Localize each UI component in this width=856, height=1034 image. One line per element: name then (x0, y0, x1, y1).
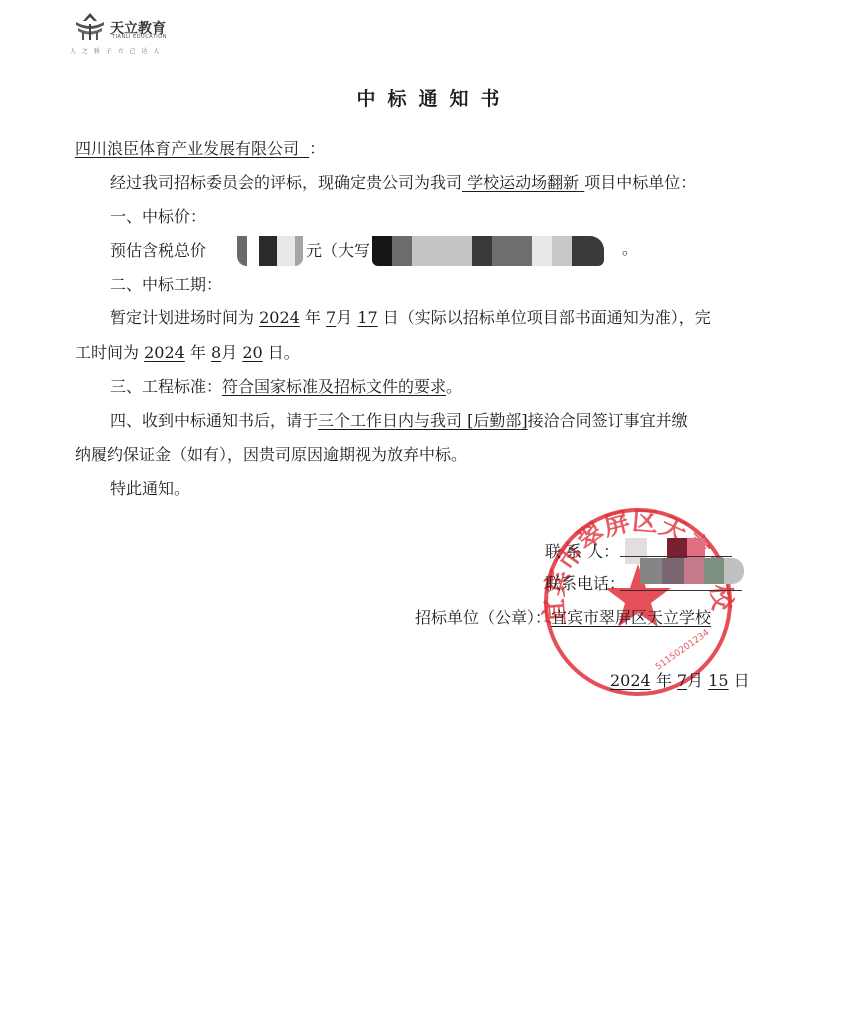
contact-deadline: 三个工作日内与我司 [后勤部] (318, 411, 528, 430)
intro-paragraph: 经过我司招标委员会的评标，现确定贵公司为我司 学校运动场翻新 项目中标单位： (110, 172, 696, 194)
intro-suffix: 项目中标单位： (584, 173, 696, 192)
tianli-logo-icon (72, 12, 108, 40)
price-words-redaction (372, 236, 604, 266)
issuer-label: 招标单位（公章）： (415, 608, 551, 627)
end-year: 2024 (144, 343, 185, 362)
issue-date: 2024 年 7月 15 日 (610, 670, 750, 692)
recipient-line: 四川浪臣体育产业发展有限公司 ： (75, 138, 325, 160)
start-year: 2024 (259, 308, 300, 327)
recipient-name: 四川浪臣体育产业发展有限公司 (75, 139, 299, 158)
end-day: 20 (242, 343, 262, 362)
date-year: 2024 (610, 671, 651, 690)
section3-line: 三、工程标准：符合国家标准及招标文件的要求。 (110, 376, 462, 398)
engineering-standard: 符合国家标准及招标文件的要求 (222, 377, 446, 396)
section1-heading: 一、中标价： (110, 206, 206, 228)
date-month: 7 (677, 671, 687, 690)
contact-person-label: 联 系 人： (545, 541, 619, 563)
contact-person-underline (620, 556, 732, 557)
price-label: 预估含税总价 (110, 240, 206, 262)
svg-text:51150201234: 51150201234 (654, 628, 712, 672)
issuer-name: 宜宾市翠屏区天立学校 (551, 608, 711, 627)
project-name: 学校运动场翻新 (467, 173, 579, 192)
price-redaction (237, 236, 303, 266)
tianli-logo: 天立教育 TIANLI EDUCATION 人 之 骄 子 立 己 达 人 (68, 10, 188, 54)
price-period: 。 (622, 238, 638, 260)
section4-line-1: 四、收到中标通知书后，请于三个工作日内与我司 [后勤部]接洽合同签订事宜并缴 (110, 410, 688, 432)
phone-redaction (640, 558, 744, 584)
date-day: 15 (708, 671, 728, 690)
schedule-line-2: 工时间为 2024 年 8月 20 日。 (75, 342, 300, 364)
recipient-colon: ： (309, 139, 325, 158)
logo-slogan: 人 之 骄 子 立 己 达 人 (70, 46, 161, 55)
intro-prefix: 经过我司招标委员会的评标，现确定贵公司为我司 (110, 173, 462, 192)
section2-heading: 二、中标工期： (110, 274, 222, 296)
start-month: 7 (326, 308, 336, 327)
closing-text: 特此通知。 (110, 478, 190, 500)
section3-heading: 三、工程标准： (110, 377, 222, 396)
price-unit: 元（大写 (306, 240, 370, 262)
phone-underline (620, 590, 742, 591)
section4-line-2: 纳履约保证金（如有），因贵司原因逾期视为放弃中标。 (75, 444, 467, 466)
document-title: 中标通知书 (0, 84, 856, 111)
end-month: 8 (211, 343, 221, 362)
issuer-line: 招标单位（公章）：宜宾市翠屏区天立学校 (415, 607, 711, 629)
phone-label: 联系电话： (545, 573, 625, 595)
start-day: 17 (357, 308, 377, 327)
schedule-line-1: 暂定计划进场时间为 2024 年 7月 17 日（实际以招标单位项目部书面通知为… (110, 307, 711, 329)
logo-english-name: TIANLI EDUCATION (112, 34, 167, 40)
